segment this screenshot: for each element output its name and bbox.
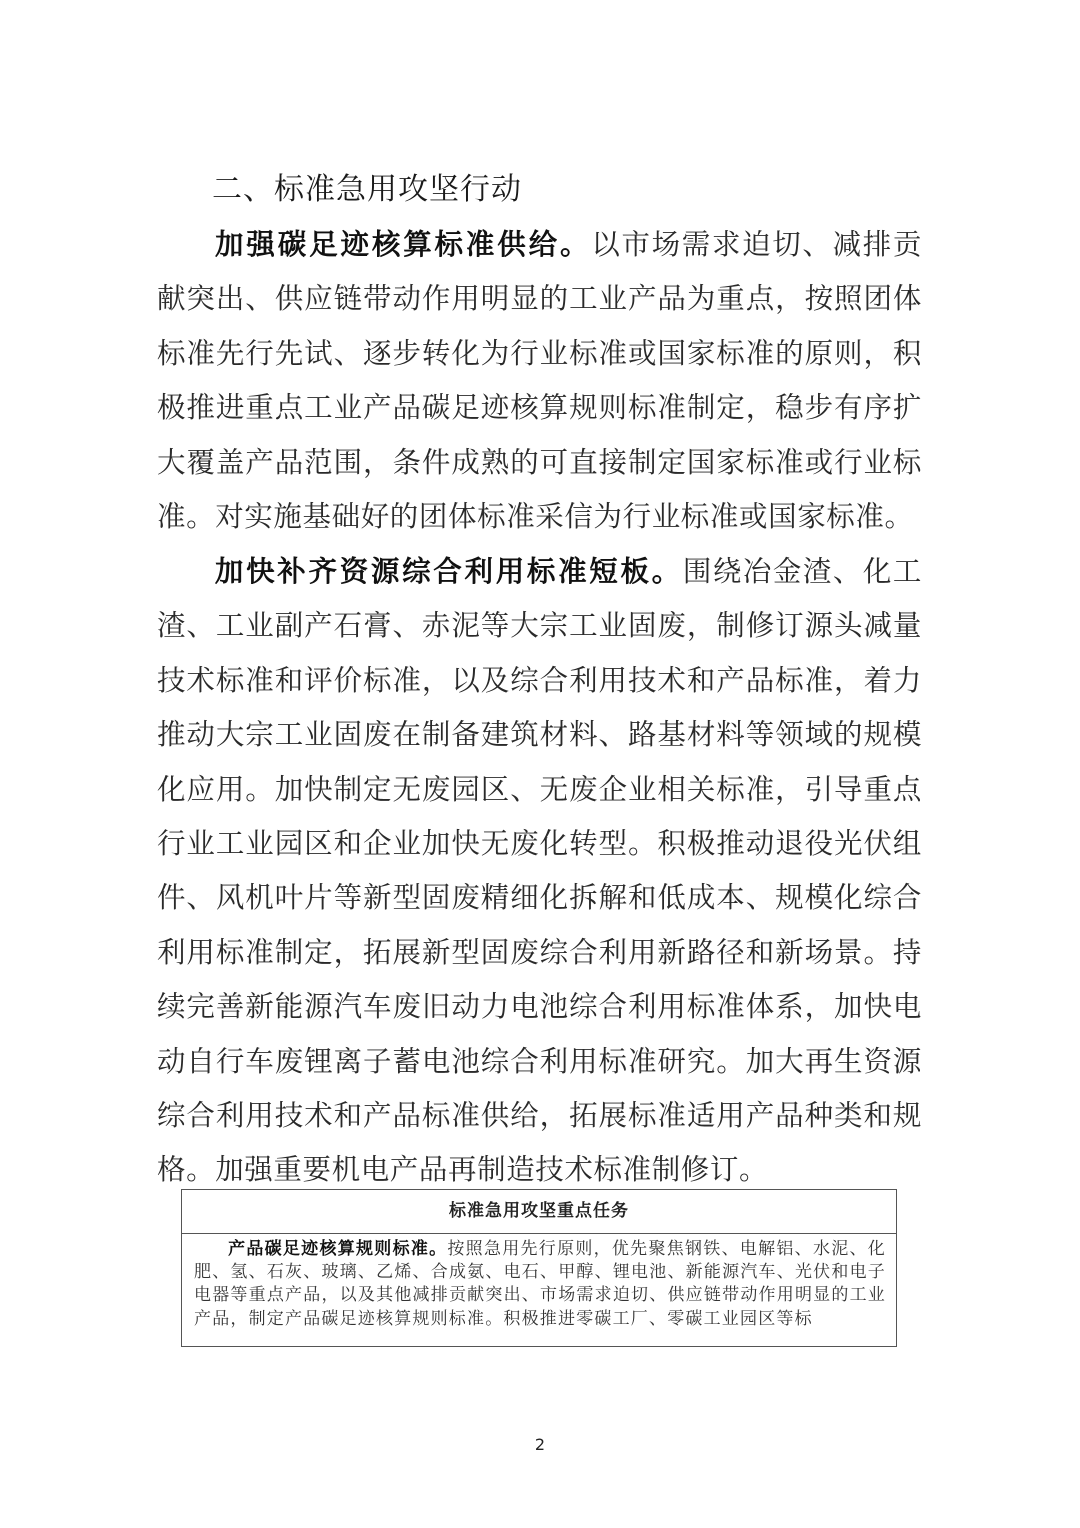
paragraph-text: 以市场需求迫切、减排贡献突出、供应链带动作用明显的工业产品为重点，按照团体标准先… (157, 228, 922, 533)
key-tasks-content: 产品碳足迹核算规则标准。按照急用先行原则，优先聚焦钢铁、电解铝、水泥、化肥、氢、… (182, 1234, 896, 1346)
paragraph-text: 围绕冶金渣、化工渣、工业副产石膏、赤泥等大宗工业固废，制修订源头减量技术标准和评… (157, 555, 922, 1186)
key-tasks-title: 标准急用攻坚重点任务 (182, 1190, 896, 1234)
task-lead: 产品碳足迹核算规则标准。 (228, 1239, 447, 1259)
paragraph-lead: 加强碳足迹核算标准供给。 (214, 228, 591, 261)
paragraph-lead: 加快补齐资源综合利用标准短板。 (214, 555, 683, 588)
page-number: 2 (0, 1435, 1080, 1454)
paragraph-carbon-footprint: 加强碳足迹核算标准供给。以市场需求迫切、减排贡献突出、供应链带动作用明显的工业产… (157, 218, 922, 544)
section-heading: 二、标准急用攻坚行动 (212, 168, 522, 212)
paragraph-resource-utilization: 加快补齐资源综合利用标准短板。围绕冶金渣、化工渣、工业副产石膏、赤泥等大宗工业固… (157, 545, 922, 1198)
key-tasks-box: 标准急用攻坚重点任务 产品碳足迹核算规则标准。按照急用先行原则，优先聚焦钢铁、电… (181, 1189, 897, 1347)
document-page: 二、标准急用攻坚行动 加强碳足迹核算标准供给。以市场需求迫切、减排贡献突出、供应… (0, 0, 1080, 1528)
